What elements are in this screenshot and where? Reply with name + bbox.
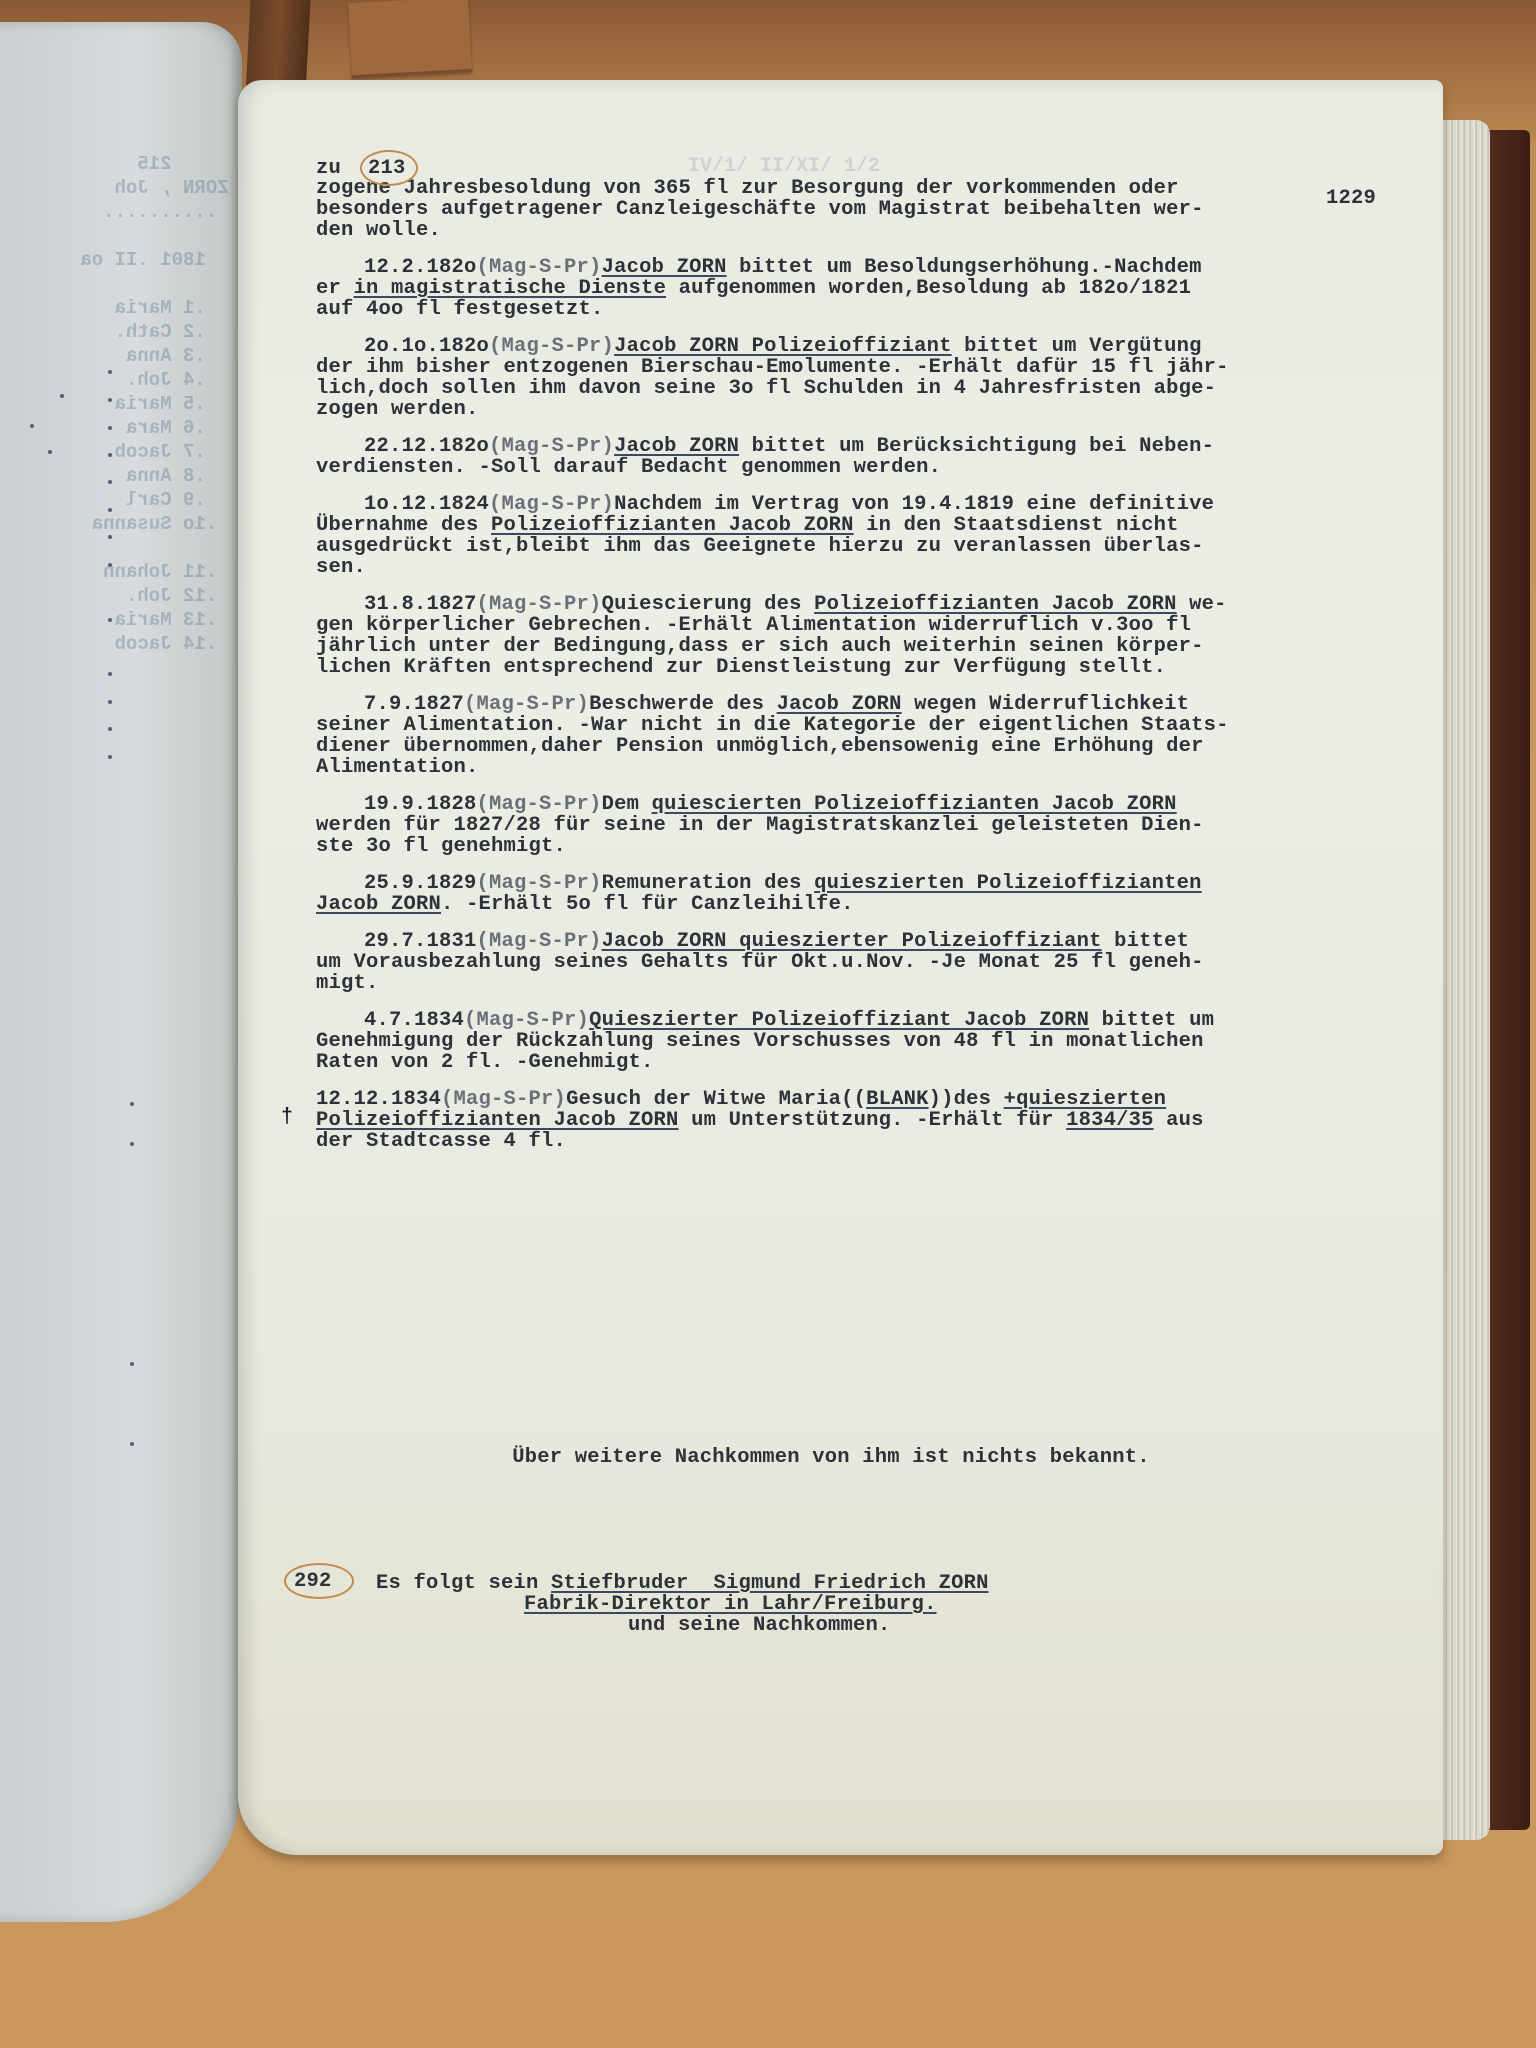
entry-text: ausgedrückt ist,bleibt ihm das Geeignete…: [316, 535, 1204, 558]
journal-entry: †12.12.1834(Mag-S-Pr)Gesuch der Witwe Ma…: [316, 1089, 1406, 1152]
underlined-text: 1834/35: [1066, 1109, 1154, 1132]
entry-text: Jacob ZORN quieszierter Polizeioffiziant…: [602, 930, 1190, 953]
death-cross-icon: †: [281, 1107, 293, 1128]
entry-text: jährlich unter der Bedingung,dass er sic…: [316, 635, 1204, 658]
text-line: lichen Kräften entsprechend zur Dienstle…: [316, 657, 1406, 678]
underlined-text: Jacob ZORN: [777, 693, 902, 716]
text-line: er in magistratische Dienste aufgenommen…: [316, 278, 1406, 299]
entry-text: lich,doch sollen ihm davon seine 3o fl S…: [316, 377, 1216, 400]
text-line: 29.7.1831(Mag-S-Pr)Jacob ZORN quiesziert…: [316, 931, 1406, 952]
underlined-text: Jacob ZORN: [316, 893, 441, 916]
journal-entry: 29.7.1831(Mag-S-Pr)Jacob ZORN quiesziert…: [316, 931, 1406, 994]
entry-text: Raten von 2 fl. -Genehmigt.: [316, 1051, 654, 1074]
journal-entry: 12.2.182o(Mag-S-Pr)Jacob ZORN bittet um …: [316, 257, 1406, 320]
underlined-text: Jacob ZORN: [602, 256, 727, 279]
text-line: gen körperlicher Gebrechen. -Erhält Alim…: [316, 615, 1406, 636]
entry-date: 29.7.1831: [364, 930, 477, 953]
underlined-text: Polizeioffizianten Jacob ZORN: [316, 1109, 679, 1132]
next-reference-line-2: Fabrik-Direktor in Lahr/Freiburg.: [316, 1594, 1406, 1615]
journal-entry: 1o.12.1824(Mag-S-Pr)Nachdem im Vertrag v…: [316, 494, 1406, 578]
entry-text: verdiensten. -Soll darauf Bedacht genomm…: [316, 456, 941, 479]
text-line: 31.8.1827(Mag-S-Pr)Quiescierung des Poli…: [316, 594, 1406, 615]
entry-source: (Mag-S-Pr): [477, 593, 602, 616]
entry-date: 31.8.1827: [364, 593, 477, 616]
entry-text: migt.: [316, 972, 379, 995]
text-line: Übernahme des Polizeioffizianten Jacob Z…: [316, 515, 1406, 536]
next-reference-block: 292 Es folgt sein Stiefbruder Sigmund Fr…: [316, 1573, 1406, 1636]
entry-source: (Mag-S-Pr): [477, 930, 602, 953]
text-line: werden für 1827/28 für seine in der Magi…: [316, 815, 1406, 836]
occupation: Fabrik-Direktor in Lahr/Freiburg.: [524, 1593, 937, 1616]
entry-text: zogen werden.: [316, 398, 479, 421]
text-line: den wolle.: [316, 220, 1406, 241]
underlined-text: +quieszierten: [1004, 1088, 1167, 1111]
entries-list: 12.2.182o(Mag-S-Pr)Jacob ZORN bittet um …: [316, 257, 1406, 1152]
entry-text: Jacob ZORN Polizeioffiziant bittet um Ve…: [614, 335, 1202, 358]
reference-prefix: zu: [316, 158, 341, 179]
entry-text: Genehmigung der Rückzahlung seines Vorsc…: [316, 1030, 1204, 1053]
entry-text: werden für 1827/28 für seine in der Magi…: [316, 814, 1204, 837]
entry-text: gen körperlicher Gebrechen. -Erhält Alim…: [316, 614, 1191, 637]
next-reference-number: 292: [294, 1571, 332, 1592]
entry-text: Quieszierter Polizeioffiziant Jacob ZORN…: [589, 1009, 1214, 1032]
entry-text: Quiescierung des Polizeioffizianten Jaco…: [602, 593, 1227, 616]
text-line: migt.: [316, 973, 1406, 994]
entry-source: (Mag-S-Pr): [489, 335, 614, 358]
next-reference-line-3: und seine Nachkommen.: [316, 1615, 1406, 1636]
entry-text: Gesuch der Witwe Maria((BLANK))des +quie…: [566, 1088, 1166, 1111]
entry-text: Polizeioffizianten Jacob ZORN um Unterst…: [316, 1109, 1204, 1132]
entry-source: (Mag-S-Pr): [477, 793, 602, 816]
entry-text: auf 4oo fl festgesetzt.: [316, 298, 604, 321]
underlined-text: quieszierten Polizeioffizianten: [814, 872, 1202, 895]
entry-text: Alimentation.: [316, 756, 479, 779]
entry-text: Dem quiescierten Polizeioffizianten Jaco…: [602, 793, 1177, 816]
entry-date: 4.7.1834: [364, 1009, 464, 1032]
text-line: Alimentation.: [316, 757, 1406, 778]
right-page[interactable]: IV/1/ II/XI/ 1/2 zu 213 1229 zogene Jahr…: [238, 80, 1443, 1855]
entry-date: 1o.12.1824: [364, 493, 489, 516]
entry-date: 19.9.1828: [364, 793, 477, 816]
text-line: um Vorausbezahlung seines Gehalts für Ok…: [316, 952, 1406, 973]
paper-tab: [348, 0, 472, 78]
text-line: Jacob ZORN. -Erhält 5o fl für Canzleihil…: [316, 894, 1406, 915]
entry-text: diener übernommen,daher Pension unmöglic…: [316, 735, 1204, 758]
stepbrother-name: Stiefbruder Sigmund Friedrich ZORN: [551, 1572, 989, 1595]
entry-text: der ihm bisher entzogenen Bierschau-Emol…: [316, 356, 1229, 379]
text-line: ausgedrückt ist,bleibt ihm das Geeignete…: [316, 536, 1406, 557]
text-line: 7.9.1827(Mag-S-Pr)Beschwerde des Jacob Z…: [316, 694, 1406, 715]
journal-entry: 22.12.182o(Mag-S-Pr)Jacob ZORN bittet um…: [316, 436, 1406, 478]
text-line: 4.7.1834(Mag-S-Pr)Quieszierter Polizeiof…: [316, 1010, 1406, 1031]
entry-text: Jacob ZORN. -Erhält 5o fl für Canzleihil…: [316, 893, 854, 916]
text-line: 19.9.1828(Mag-S-Pr)Dem quiescierten Poli…: [316, 794, 1406, 815]
underlined-text: Polizeioffizianten Jacob ZORN: [491, 514, 854, 537]
journal-entry: 2o.1o.182o(Mag-S-Pr)Jacob ZORN Polizeiof…: [316, 336, 1406, 420]
text-line: 12.12.1834(Mag-S-Pr)Gesuch der Witwe Mar…: [316, 1089, 1406, 1110]
underlined-text: Quieszierter Polizeioffiziant Jacob ZORN: [589, 1009, 1089, 1032]
page-number: 1229: [1326, 188, 1376, 209]
entry-date: 2o.1o.182o: [364, 335, 489, 358]
text-line: Polizeioffizianten Jacob ZORN um Unterst…: [316, 1110, 1406, 1131]
next-reference-line-1: Es folgt sein Stiefbruder Sigmund Friedr…: [316, 1573, 1406, 1594]
entry-text: ste 3o fl genehmigt.: [316, 835, 566, 858]
entry-text: seiner Alimentation. -War nicht in die K…: [316, 714, 1229, 737]
entry-text: Jacob ZORN bittet um Besoldungserhöhung.…: [602, 256, 1202, 279]
entry-date: 12.12.1834: [316, 1088, 441, 1111]
closing-note: Über weitere Nachkommen von ihm ist nich…: [316, 1447, 1406, 1468]
intro-paragraph: zogene Jahresbesoldung von 365 fl zur Be…: [316, 178, 1406, 241]
text-line: verdiensten. -Soll darauf Bedacht genomm…: [316, 457, 1406, 478]
entry-source: (Mag-S-Pr): [464, 693, 589, 716]
entry-text: Jacob ZORN bittet um Berücksichtigung be…: [614, 435, 1214, 458]
entry-text: Beschwerde des Jacob ZORN wegen Widerruf…: [589, 693, 1189, 716]
entry-text: Nachdem im Vertrag von 19.4.1819 eine de…: [614, 493, 1214, 516]
left-page-dots: [0, 22, 220, 1922]
entry-source: (Mag-S-Pr): [477, 872, 602, 895]
entry-date: 12.2.182o: [364, 256, 477, 279]
text-line: auf 4oo fl festgesetzt.: [316, 299, 1406, 320]
journal-entry: 19.9.1828(Mag-S-Pr)Dem quiescierten Poli…: [316, 794, 1406, 857]
entry-source: (Mag-S-Pr): [441, 1088, 566, 1111]
text-line: ste 3o fl genehmigt.: [316, 836, 1406, 857]
underlined-text: BLANK: [866, 1088, 929, 1111]
text-line: der ihm bisher entzogenen Bierschau-Emol…: [316, 357, 1406, 378]
entry-text: sen.: [316, 556, 366, 579]
entry-text: er in magistratische Dienste aufgenommen…: [316, 277, 1191, 300]
text-line: zogen werden.: [316, 399, 1406, 420]
text-line: 25.9.1829(Mag-S-Pr)Remuneration des quie…: [316, 873, 1406, 894]
entry-date: 7.9.1827: [364, 693, 464, 716]
underlined-text: in magistratische Dienste: [354, 277, 667, 300]
entry-source: (Mag-S-Pr): [464, 1009, 589, 1032]
entry-text: lichen Kräften entsprechend zur Dienstle…: [316, 656, 1166, 679]
typewritten-document: zu 213 1229 zogene Jahresbesoldung von 3…: [316, 150, 1406, 1636]
left-page[interactable]: 215 ZORN , Joh .......... 1801 .II oa .1…: [0, 22, 242, 1922]
reference-header: zu 213 1229: [316, 150, 1406, 178]
journal-entry: 7.9.1827(Mag-S-Pr)Beschwerde des Jacob Z…: [316, 694, 1406, 778]
entry-text: der Stadtcasse 4 fl.: [316, 1130, 566, 1153]
text-line: lich,doch sollen ihm davon seine 3o fl S…: [316, 378, 1406, 399]
entry-date: 25.9.1829: [364, 872, 477, 895]
underlined-text: Jacob ZORN Polizeioffiziant: [614, 335, 952, 358]
text-line: 2o.1o.182o(Mag-S-Pr)Jacob ZORN Polizeiof…: [316, 336, 1406, 357]
entry-source: (Mag-S-Pr): [489, 493, 614, 516]
text-line: Raten von 2 fl. -Genehmigt.: [316, 1052, 1406, 1073]
journal-entry: 25.9.1829(Mag-S-Pr)Remuneration des quie…: [316, 873, 1406, 915]
entry-text: Übernahme des Polizeioffizianten Jacob Z…: [316, 514, 1179, 537]
journal-entry: 31.8.1827(Mag-S-Pr)Quiescierung des Poli…: [316, 594, 1406, 678]
text-line: sen.: [316, 557, 1406, 578]
entry-text: um Vorausbezahlung seines Gehalts für Ok…: [316, 951, 1204, 974]
entry-source: (Mag-S-Pr): [489, 435, 614, 458]
text-line: 1o.12.1824(Mag-S-Pr)Nachdem im Vertrag v…: [316, 494, 1406, 515]
underlined-text: Polizeioffizianten Jacob ZORN: [814, 593, 1177, 616]
journal-entry: 4.7.1834(Mag-S-Pr)Quieszierter Polizeiof…: [316, 1010, 1406, 1073]
text-line: diener übernommen,daher Pension unmöglic…: [316, 736, 1406, 757]
text-line: besonders aufgetragener Canzleigeschäfte…: [316, 199, 1406, 220]
underlined-text: Jacob ZORN quieszierter Polizeioffiziant: [602, 930, 1102, 953]
entry-date: 22.12.182o: [364, 435, 489, 458]
entry-source: (Mag-S-Pr): [477, 256, 602, 279]
text-line: der Stadtcasse 4 fl.: [316, 1131, 1406, 1152]
entry-text: Remuneration des quieszierten Polizeioff…: [602, 872, 1202, 895]
underlined-text: Jacob ZORN: [614, 435, 739, 458]
text-line: Genehmigung der Rückzahlung seines Vorsc…: [316, 1031, 1406, 1052]
text-line: zogene Jahresbesoldung von 365 fl zur Be…: [316, 178, 1406, 199]
text-line: 22.12.182o(Mag-S-Pr)Jacob ZORN bittet um…: [316, 436, 1406, 457]
text-line: 12.2.182o(Mag-S-Pr)Jacob ZORN bittet um …: [316, 257, 1406, 278]
text-line: jährlich unter der Bedingung,dass er sic…: [316, 636, 1406, 657]
text-line: seiner Alimentation. -War nicht in die K…: [316, 715, 1406, 736]
underlined-text: quiescierten Polizeioffizianten Jacob ZO…: [652, 793, 1177, 816]
reference-number: 213: [368, 158, 406, 179]
